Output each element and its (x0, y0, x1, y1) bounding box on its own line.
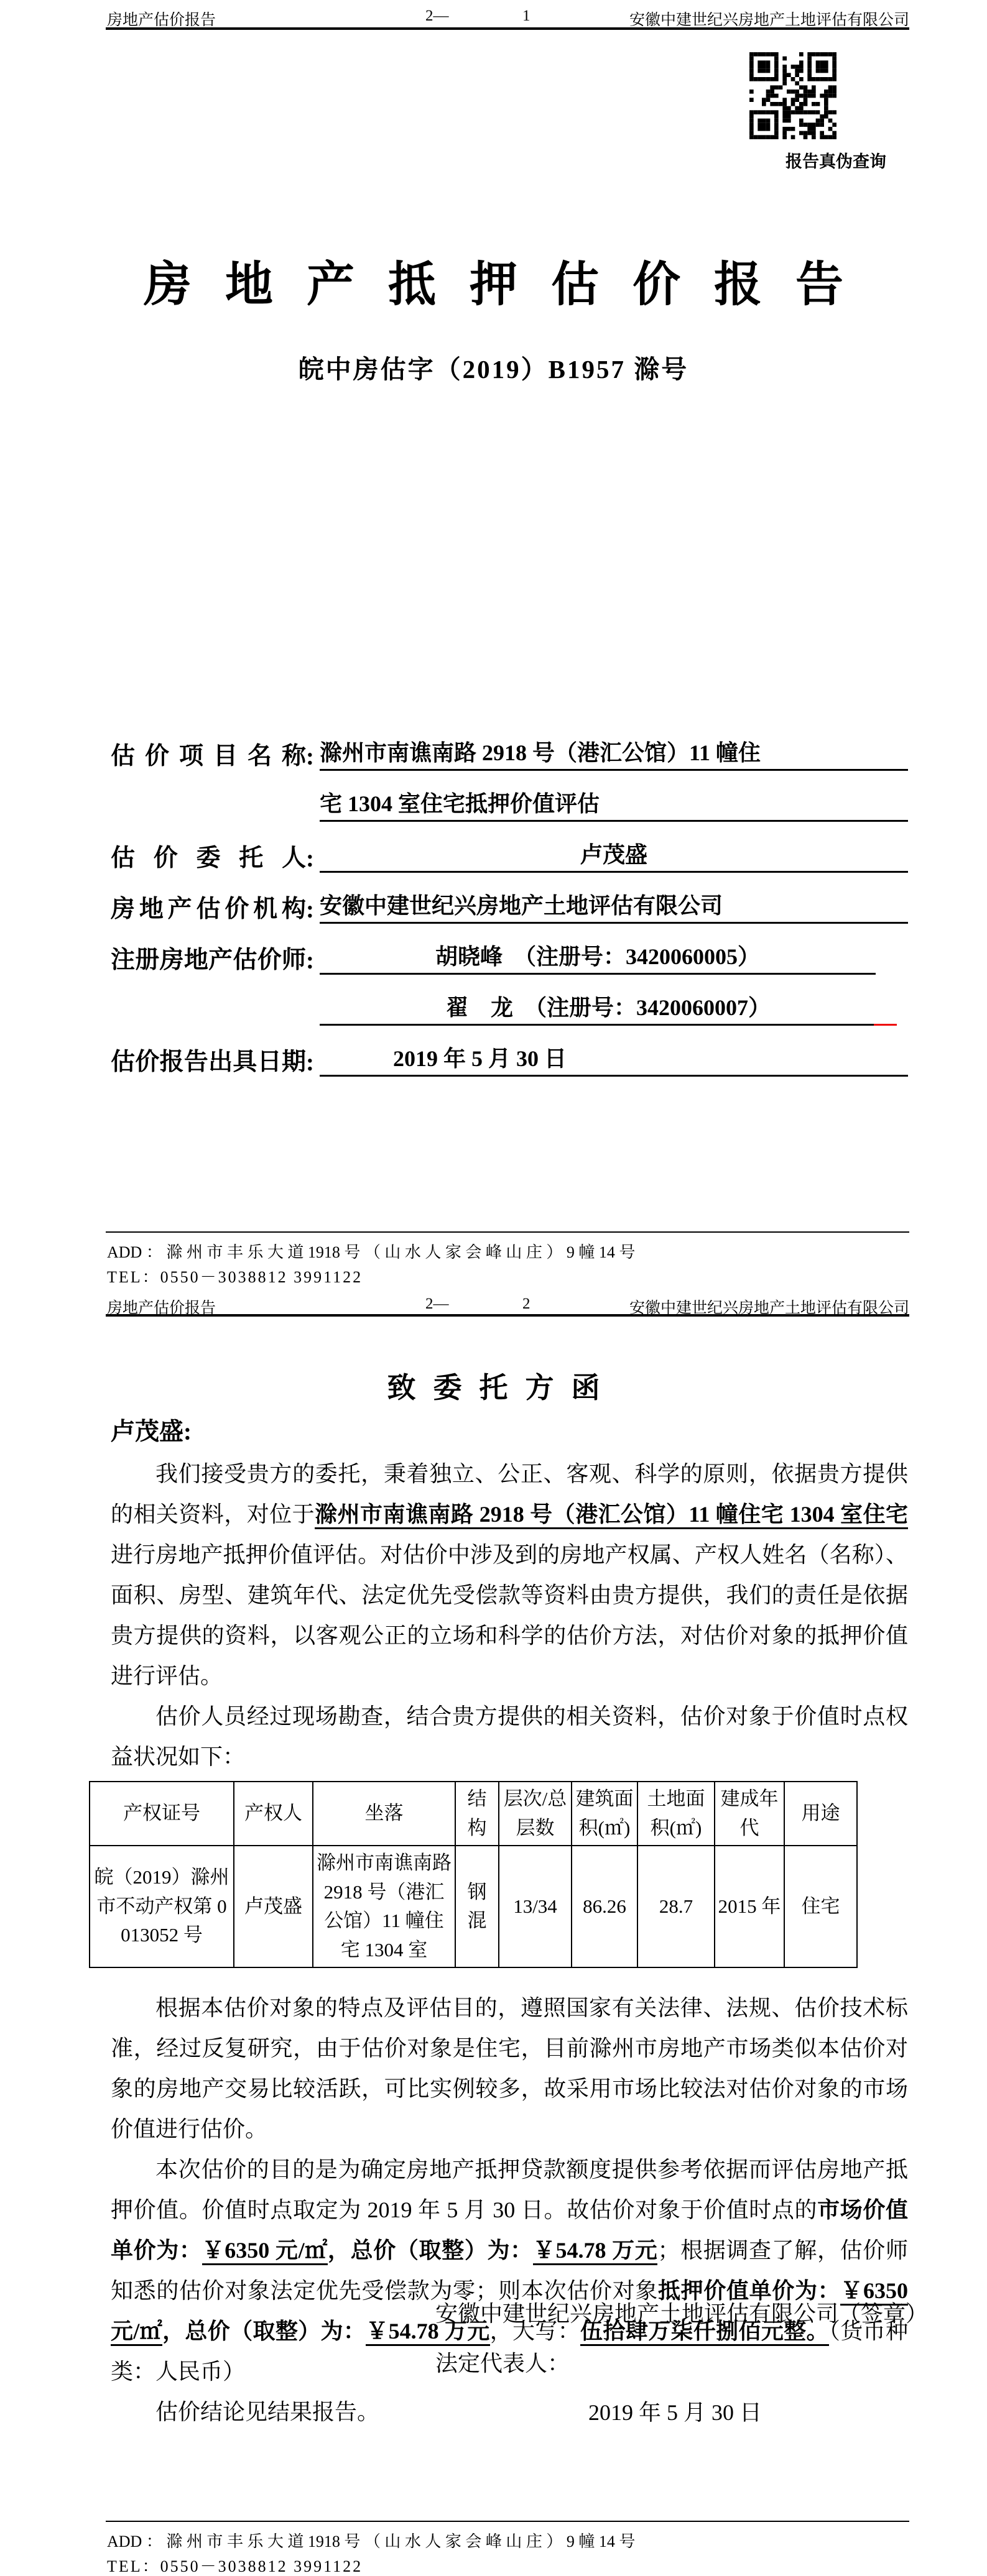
header-company-name: 安徽中建世纪兴房地产土地评估有限公司 (629, 7, 909, 30)
col-structure: 结构 (455, 1782, 499, 1846)
field-value: 翟 龙 （注册号：3420060007） (320, 996, 897, 1026)
footer-address: ADD ： 滁 州 市 丰 乐 大 道 1918 号 （ 山 水 人 家 会 峰… (107, 1240, 909, 1263)
cell-owner: 卢茂盛 (234, 1846, 313, 1967)
col-year-built: 建成年代 (715, 1782, 784, 1846)
signature-company: 安徽中建世纪兴房地产土地评估有限公司（签章） (435, 2296, 908, 2328)
footer-rule (106, 2521, 909, 2522)
field-colon: : (306, 1049, 320, 1077)
field-project-name-line2: 宅 1304 室住宅抵押价值评估 (111, 789, 908, 822)
footer-telephone: TEL：0550－3038812 3991122 (107, 2554, 909, 2576)
signature-legal-representative: 法定代表人： (435, 2346, 908, 2378)
header-page-prefix: 2— (425, 7, 449, 25)
page1-running-header: 房地产估价报告 2— 1 安徽中建世纪兴房地产土地评估有限公司 (107, 7, 909, 29)
text-segment: 本次估价的目的是为确定房地产抵押贷款额度提供参考依据而评估房地产抵押价值。价值时… (111, 2157, 908, 2222)
appraisal-report-document: 房地产估价报告 2— 1 安徽中建世纪兴房地产土地评估有限公司 报告真伪查询 房… (0, 0, 987, 2576)
paragraph-method: 根据本估价对象的特点及评估目的，遵照国家有关法律、法规、估价技术标准，经过反复研… (111, 1988, 908, 2150)
field-colon: : (306, 947, 320, 975)
col-building-area: 建筑面积(㎡) (572, 1782, 637, 1846)
header-page-prefix: 2— (425, 1295, 449, 1313)
field-label: 估价报告出具日期 (111, 1049, 306, 1077)
field-value: 宅 1304 室住宅抵押价值评估 (320, 792, 908, 822)
col-location: 坐落 (313, 1782, 455, 1846)
report-number: 皖中房估字（2019）B1957 滁号 (0, 349, 987, 385)
cell-structure: 钢混 (455, 1846, 499, 1967)
signature-date: 2019 年 5 月 30 日 (588, 2395, 908, 2427)
paragraph-survey: 估价人员经过现场勘查，结合贵方提供的相关资料，估价对象于价值时点权益状况如下： (111, 1696, 908, 1777)
text-segment: ，总价（取整）为： (162, 2319, 366, 2344)
col-floor: 层次/总层数 (499, 1782, 572, 1846)
text-segment: ￥6350 元/㎡ (202, 2238, 328, 2265)
qr-code (749, 52, 836, 139)
field-value: 2019 年 5 月 30 日 (320, 1047, 908, 1077)
cell-year-built: 2015 年 (715, 1846, 784, 1967)
field-label: 房地产估价机构 (111, 896, 306, 924)
footer-address: ADD ： 滁 州 市 丰 乐 大 道 1918 号 （ 山 水 人 家 会 峰… (107, 2529, 909, 2552)
field-label: 注册房地产估价师 (111, 947, 306, 975)
field-value: 卢茂盛 (320, 843, 908, 873)
cell-usage: 住宅 (784, 1846, 857, 1967)
header-rule (106, 1314, 909, 1317)
field-label: 估价委托人 (111, 845, 306, 873)
field-client: 估价委托人 : 卢茂盛 (111, 840, 908, 873)
field-colon: : (306, 743, 320, 771)
field-appraiser-1: 注册房地产估价师 : 胡晓峰 （注册号：3420060005） (111, 942, 908, 975)
text-segment: 总价（取整）为： (351, 2238, 533, 2263)
paragraph-commission: 我们接受贵方的委托，秉着独立、公正、客观、科学的原则，依据贵方提供的相关资料，对… (111, 1454, 908, 1696)
cell-floor: 13/34 (499, 1846, 572, 1967)
cover-fields: 估价项目名称 : 滁州市南谯南路 2918 号（港汇公馆）11 幢住 宅 130… (111, 738, 908, 1095)
header-doc-title: 房地产估价报告 (107, 7, 216, 30)
cell-land-area: 28.7 (637, 1846, 715, 1967)
field-colon: : (306, 845, 320, 873)
field-value: 滁州市南谯南路 2918 号（港汇公馆）11 幢住 (320, 741, 908, 771)
col-land-area: 土地面积(㎡) (637, 1782, 715, 1846)
cell-building-area: 86.26 (572, 1846, 637, 1967)
letter-salutation: 卢茂盛: (111, 1412, 192, 1447)
field-value-text: 翟 龙 （注册号：3420060007） (446, 995, 771, 1020)
letter-body: 我们接受贵方的委托，秉着独立、公正、客观、科学的原则，依据贵方提供的相关资料，对… (111, 1454, 908, 2432)
qr-caption: 报告真伪查询 (774, 148, 898, 172)
field-project-name: 估价项目名称 : 滁州市南谯南路 2918 号（港汇公馆）11 幢住 (111, 738, 908, 771)
letter-title: 致委托方函 (0, 1365, 987, 1406)
field-label: 估价项目名称 (111, 743, 306, 771)
field-agency: 房地产估价机构 : 安徽中建世纪兴房地产土地评估有限公司 (111, 891, 908, 924)
col-owner: 产权人 (234, 1782, 313, 1846)
table-header-row: 产权证号 产权人 坐落 结构 层次/总层数 建筑面积(㎡) 土地面积(㎡) 建成… (90, 1782, 857, 1846)
field-colon: : (306, 896, 320, 924)
ownership-table: 产权证号 产权人 坐落 结构 层次/总层数 建筑面积(㎡) 土地面积(㎡) 建成… (89, 1781, 858, 1968)
report-title: 房地产抵押估价报告 (0, 246, 987, 315)
field-appraiser-2: 翟 龙 （注册号：3420060007） (111, 993, 908, 1026)
header-rule (106, 27, 909, 30)
text-segment: 滁州市南谯南路 2918 号（港汇公馆）11 幢住宅 1304 室住宅 (315, 1502, 908, 1529)
red-underline-mark (874, 1024, 897, 1026)
text-segment: 进行房地产抵押价值评估。对估价中涉及到的房地产权属、产权人姓名（名称）、面积、房… (111, 1542, 908, 1688)
cell-location: 滁州市南谯南路 2918 号（港汇公馆）11 幢住宅 1304 室 (313, 1846, 455, 1967)
field-report-date: 估价报告出具日期 : 2019 年 5 月 30 日 (111, 1044, 908, 1077)
cell-certificate-no: 皖（2019）滁州市不动产权第 0013052 号 (90, 1846, 234, 1967)
text-segment: ， (328, 2238, 351, 2263)
footer-telephone: TEL：0550－3038812 3991122 (107, 1264, 909, 1287)
header-page-number: 1 (522, 7, 531, 25)
field-value: 安徽中建世纪兴房地产土地评估有限公司 (320, 894, 908, 924)
page2-running-header: 房地产估价报告 2— 2 安徽中建世纪兴房地产土地评估有限公司 (107, 1295, 909, 1317)
header-page-number: 2 (522, 1295, 531, 1313)
footer-rule (106, 1231, 909, 1233)
signature-block: 安徽中建世纪兴房地产土地评估有限公司（签章） 法定代表人： 2019 年 5 月… (435, 2296, 908, 2427)
col-certificate-no: 产权证号 (90, 1782, 234, 1846)
col-usage: 用途 (784, 1782, 857, 1846)
text-segment: ￥54.78 万元 (533, 2238, 658, 2265)
table-data-row: 皖（2019）滁州市不动产权第 0013052 号 卢茂盛 滁州市南谯南路 29… (90, 1846, 857, 1967)
field-value: 胡晓峰 （注册号：3420060005） (320, 945, 876, 975)
